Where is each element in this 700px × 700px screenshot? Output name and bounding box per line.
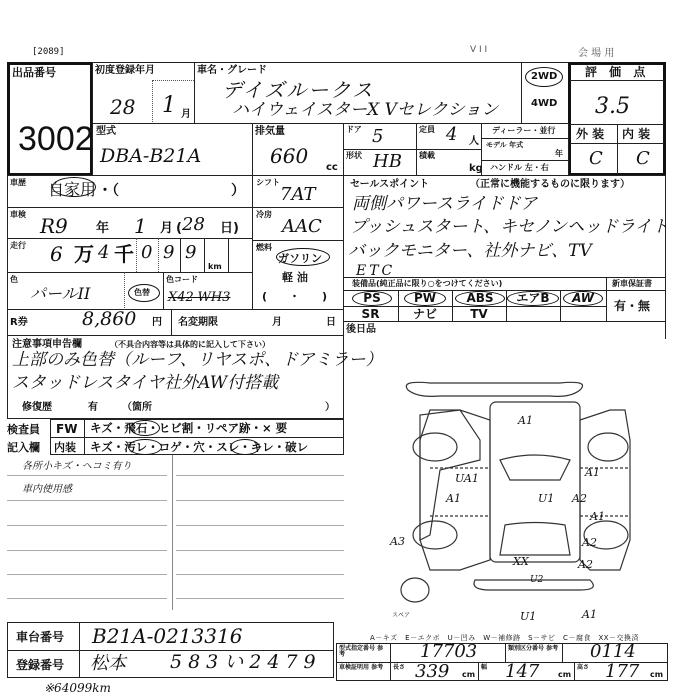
class-value: 0114 [590, 643, 636, 661]
scuff-circle [230, 439, 260, 455]
fuel-other: ( ・ ) [262, 291, 327, 302]
mileage-digit-3: 9 [185, 244, 196, 262]
color-label: 色 [10, 276, 18, 284]
chassis-value: B21A-0213316 [92, 626, 242, 646]
sales-points-label: セールスポイント [350, 180, 429, 190]
height-label: 高さ [577, 665, 589, 671]
mileage-man-unit: 万 [74, 244, 94, 264]
dmg-right-rear: A2 [572, 492, 587, 505]
width-value: 147 [505, 663, 539, 681]
model-year-unit: 年 [555, 150, 563, 158]
history-label: 車歴 [10, 179, 26, 187]
sales-point-4: ETC [356, 264, 395, 278]
fuel-diesel: 軽 油 [282, 272, 308, 283]
length-label: 長さ [393, 665, 405, 671]
registration-label: 登録番号 [16, 659, 64, 671]
notes-line-1: 上部のみ色替（ルーフ、リヤスポ、ドアミラー） [12, 352, 383, 369]
dmg-right-rear-lower: A1 [590, 510, 605, 523]
dmg-hood: A1 [518, 414, 533, 427]
inspection-year-unit: 年 [96, 222, 109, 235]
footer-note: ※64099km [44, 682, 111, 694]
mileage-label: 走行 [10, 242, 26, 250]
shift-value: 7AT [280, 186, 315, 204]
later-items-box [343, 321, 666, 339]
dmg-left-front: UA1 [455, 472, 479, 485]
name-change-day: 日 [326, 318, 336, 328]
width-unit: cm [558, 671, 571, 679]
recycle-unit: 円 [152, 318, 162, 328]
type-cert-label: 型式指定番号 参考 [339, 646, 389, 658]
repaint-label: 色替 [134, 289, 150, 297]
dmg-roof: U1 [538, 492, 554, 505]
mileage-sen-unit: 千 [114, 244, 134, 264]
fw-label: FW [56, 423, 77, 435]
dmg-left-rear: A1 [446, 492, 461, 505]
history-value: 自家用 [48, 182, 96, 198]
equip-airbag: エアB [507, 292, 559, 304]
door-value: 5 [372, 128, 383, 146]
capacity-unit: 人 [469, 137, 479, 147]
sales-point-2: プッシュスタート、キセノンヘッドライト [350, 219, 669, 236]
fuel-label: 燃料 [256, 244, 272, 252]
length-unit: cm [462, 671, 475, 679]
inspection-month: 1 [134, 216, 147, 236]
height-value: 177 [605, 663, 639, 681]
color-value: パールII [30, 286, 90, 302]
sheet-id: [2089] [32, 47, 65, 57]
score-label: 評 価 点 [585, 66, 649, 78]
exterior-value: C [589, 150, 603, 168]
dmg-back-door: U2 [530, 575, 543, 585]
shift-label: シフト [256, 179, 280, 187]
sales-point-1: 両側パワースライドドア [352, 196, 537, 213]
lot-number: 3002 [18, 120, 94, 159]
dmg-right-front: A1 [585, 466, 600, 479]
capacity-label: 定員 [419, 126, 435, 134]
body-value: HB [373, 153, 402, 171]
sales-point-3: バックモニター、社外ナビ、TV [348, 243, 592, 260]
fuel-gasoline: ガソリン [278, 253, 322, 264]
dotted-line [152, 80, 194, 81]
capacity-value: 4 [446, 126, 457, 144]
equip-aw: AW [563, 292, 603, 304]
inspection-month-unit: 月 [160, 222, 173, 235]
body-label: 形状 [346, 152, 362, 160]
mileage-man: 6 [50, 244, 63, 264]
notes-instruction: （不具合内容等は具体的に記入して下さい） [110, 341, 270, 349]
inspection-day: 28 [182, 216, 205, 234]
spare-label: スペア [392, 610, 410, 619]
equip-abs: ABS [455, 292, 505, 304]
dealer-label: ディーラー・並行 [492, 127, 555, 135]
load-label: 積載 [419, 152, 435, 160]
car-name-label: 車名・グレード [197, 66, 267, 76]
score-value: 3.5 [595, 96, 630, 118]
dmg-rear-bumper-right: A1 [582, 608, 597, 621]
memo-line-1: 各所小キズ・ヘコミ有り [22, 462, 132, 472]
car-name: デイズルークス [222, 80, 374, 100]
drive-2wd: 2WD [531, 72, 557, 82]
sales-points-note: （正常に機能するものに限ります） [470, 180, 630, 190]
registration-number: 583い2479 [170, 653, 322, 672]
repair-place: （箇所 [122, 403, 152, 413]
aircon-value: AAC [282, 218, 322, 236]
warranty-label: 新車保証書 [612, 280, 652, 288]
dmg-left-rear-quarter: A3 [390, 535, 405, 548]
notes-line-2: スタッドレスタイヤ社外AW付搭載 [12, 375, 278, 392]
notes-label: 注意事項申告欄 [12, 340, 82, 350]
fw-items: キズ・飛石・ヒビ割・リペア跡・× 要 [90, 423, 287, 435]
mileage-sen: 4 [98, 244, 109, 262]
interior-value: C [636, 150, 650, 168]
chassis-label: 車台番号 [16, 631, 64, 643]
first-reg-year: 28 [110, 97, 135, 117]
equip-sr: SR [343, 308, 398, 320]
height-unit: cm [650, 671, 663, 679]
type-cert-value: 17703 [420, 643, 477, 661]
color-code-value: X42-WH3 [168, 291, 230, 304]
month-unit: 月 [181, 110, 191, 120]
inspector-label-bottom: 記入欄 [7, 442, 40, 453]
inspection-label: 車検 [10, 211, 26, 219]
repair-close: ） [325, 403, 335, 413]
warranty-value: 有・無 [614, 300, 650, 312]
stone-circle [130, 420, 160, 436]
repair-label: 修復歴 [22, 403, 52, 413]
mileage-digit-2: 9 [163, 244, 174, 262]
model-year-label: モデル 年式 [486, 142, 523, 149]
dmg-rear-glass: XX [513, 555, 529, 568]
dmg-right-rear-quarter: A2 [582, 536, 597, 549]
name-change-label: 名変期限 [178, 318, 218, 328]
car-grade: ハイウェイスターX Vセレクション [232, 102, 498, 119]
inspection-year: R9 [40, 216, 68, 236]
top-right-faded: 会 場 用 [578, 44, 614, 59]
equip-tv: TV [452, 308, 506, 320]
mileage-digit-1: 0 [141, 244, 152, 262]
drive-4wd: 4WD [531, 99, 557, 109]
first-reg-month: 1 [162, 95, 176, 117]
exterior-label: 外 装 [576, 128, 604, 140]
mileage-unit: km [208, 263, 222, 271]
repair-value: 有 [88, 403, 98, 413]
aircon-label: 冷房 [256, 211, 272, 219]
equip-navi: ナビ [398, 308, 452, 320]
first-reg-label: 初度登録年月 [95, 66, 155, 76]
recycle-value: 8,860 [82, 310, 136, 329]
dirt-circle [128, 439, 162, 455]
inspector-label-top: 検査員 [7, 424, 40, 435]
registration-region: 松本 [90, 655, 126, 673]
length-value: 339 [415, 663, 449, 681]
interior-inspect-items: キズ・汚レ・コゲ・穴・スレ・キレ・破レ [90, 442, 308, 454]
history-suffix: ・（ ） [98, 184, 245, 198]
equipment-label: 装備品(純正品に限り○をつけてください) [352, 280, 502, 288]
recycle-label: R券 [10, 318, 28, 328]
handle-label: ハンドル 左・右 [490, 164, 549, 172]
equip-ps: PS [352, 292, 392, 304]
dmg-right-rear-bumper: A2 [578, 558, 593, 571]
lot-label: 出品番号 [12, 67, 56, 78]
top-marks: V I I [470, 45, 487, 55]
model-label: 型式 [96, 127, 116, 137]
dimension-label: 車検証明用 参考 [339, 665, 389, 671]
door-label: ドア [346, 126, 362, 134]
later-items-label: 後日品 [346, 325, 376, 335]
displacement-label: 排気量 [255, 127, 285, 137]
equip-pw: PW [404, 292, 446, 304]
color-code-label: 色コード [166, 276, 198, 284]
inspection-day-unit: 日) [220, 222, 239, 235]
dmg-rear-bumper: U1 [520, 610, 536, 623]
displacement-unit: cc [326, 163, 338, 173]
interior-label: 内 装 [622, 128, 650, 140]
name-change-month: 月 [272, 318, 282, 328]
width-label: 幅 [481, 665, 487, 671]
model-value: DBA-B21A [100, 147, 201, 166]
memo-line-2: 車内使用感 [22, 485, 72, 495]
class-label: 類別区分番号 参考 [508, 646, 560, 652]
displacement-value: 660 [270, 146, 308, 166]
interior-inspect-label: 内装 [54, 442, 76, 453]
